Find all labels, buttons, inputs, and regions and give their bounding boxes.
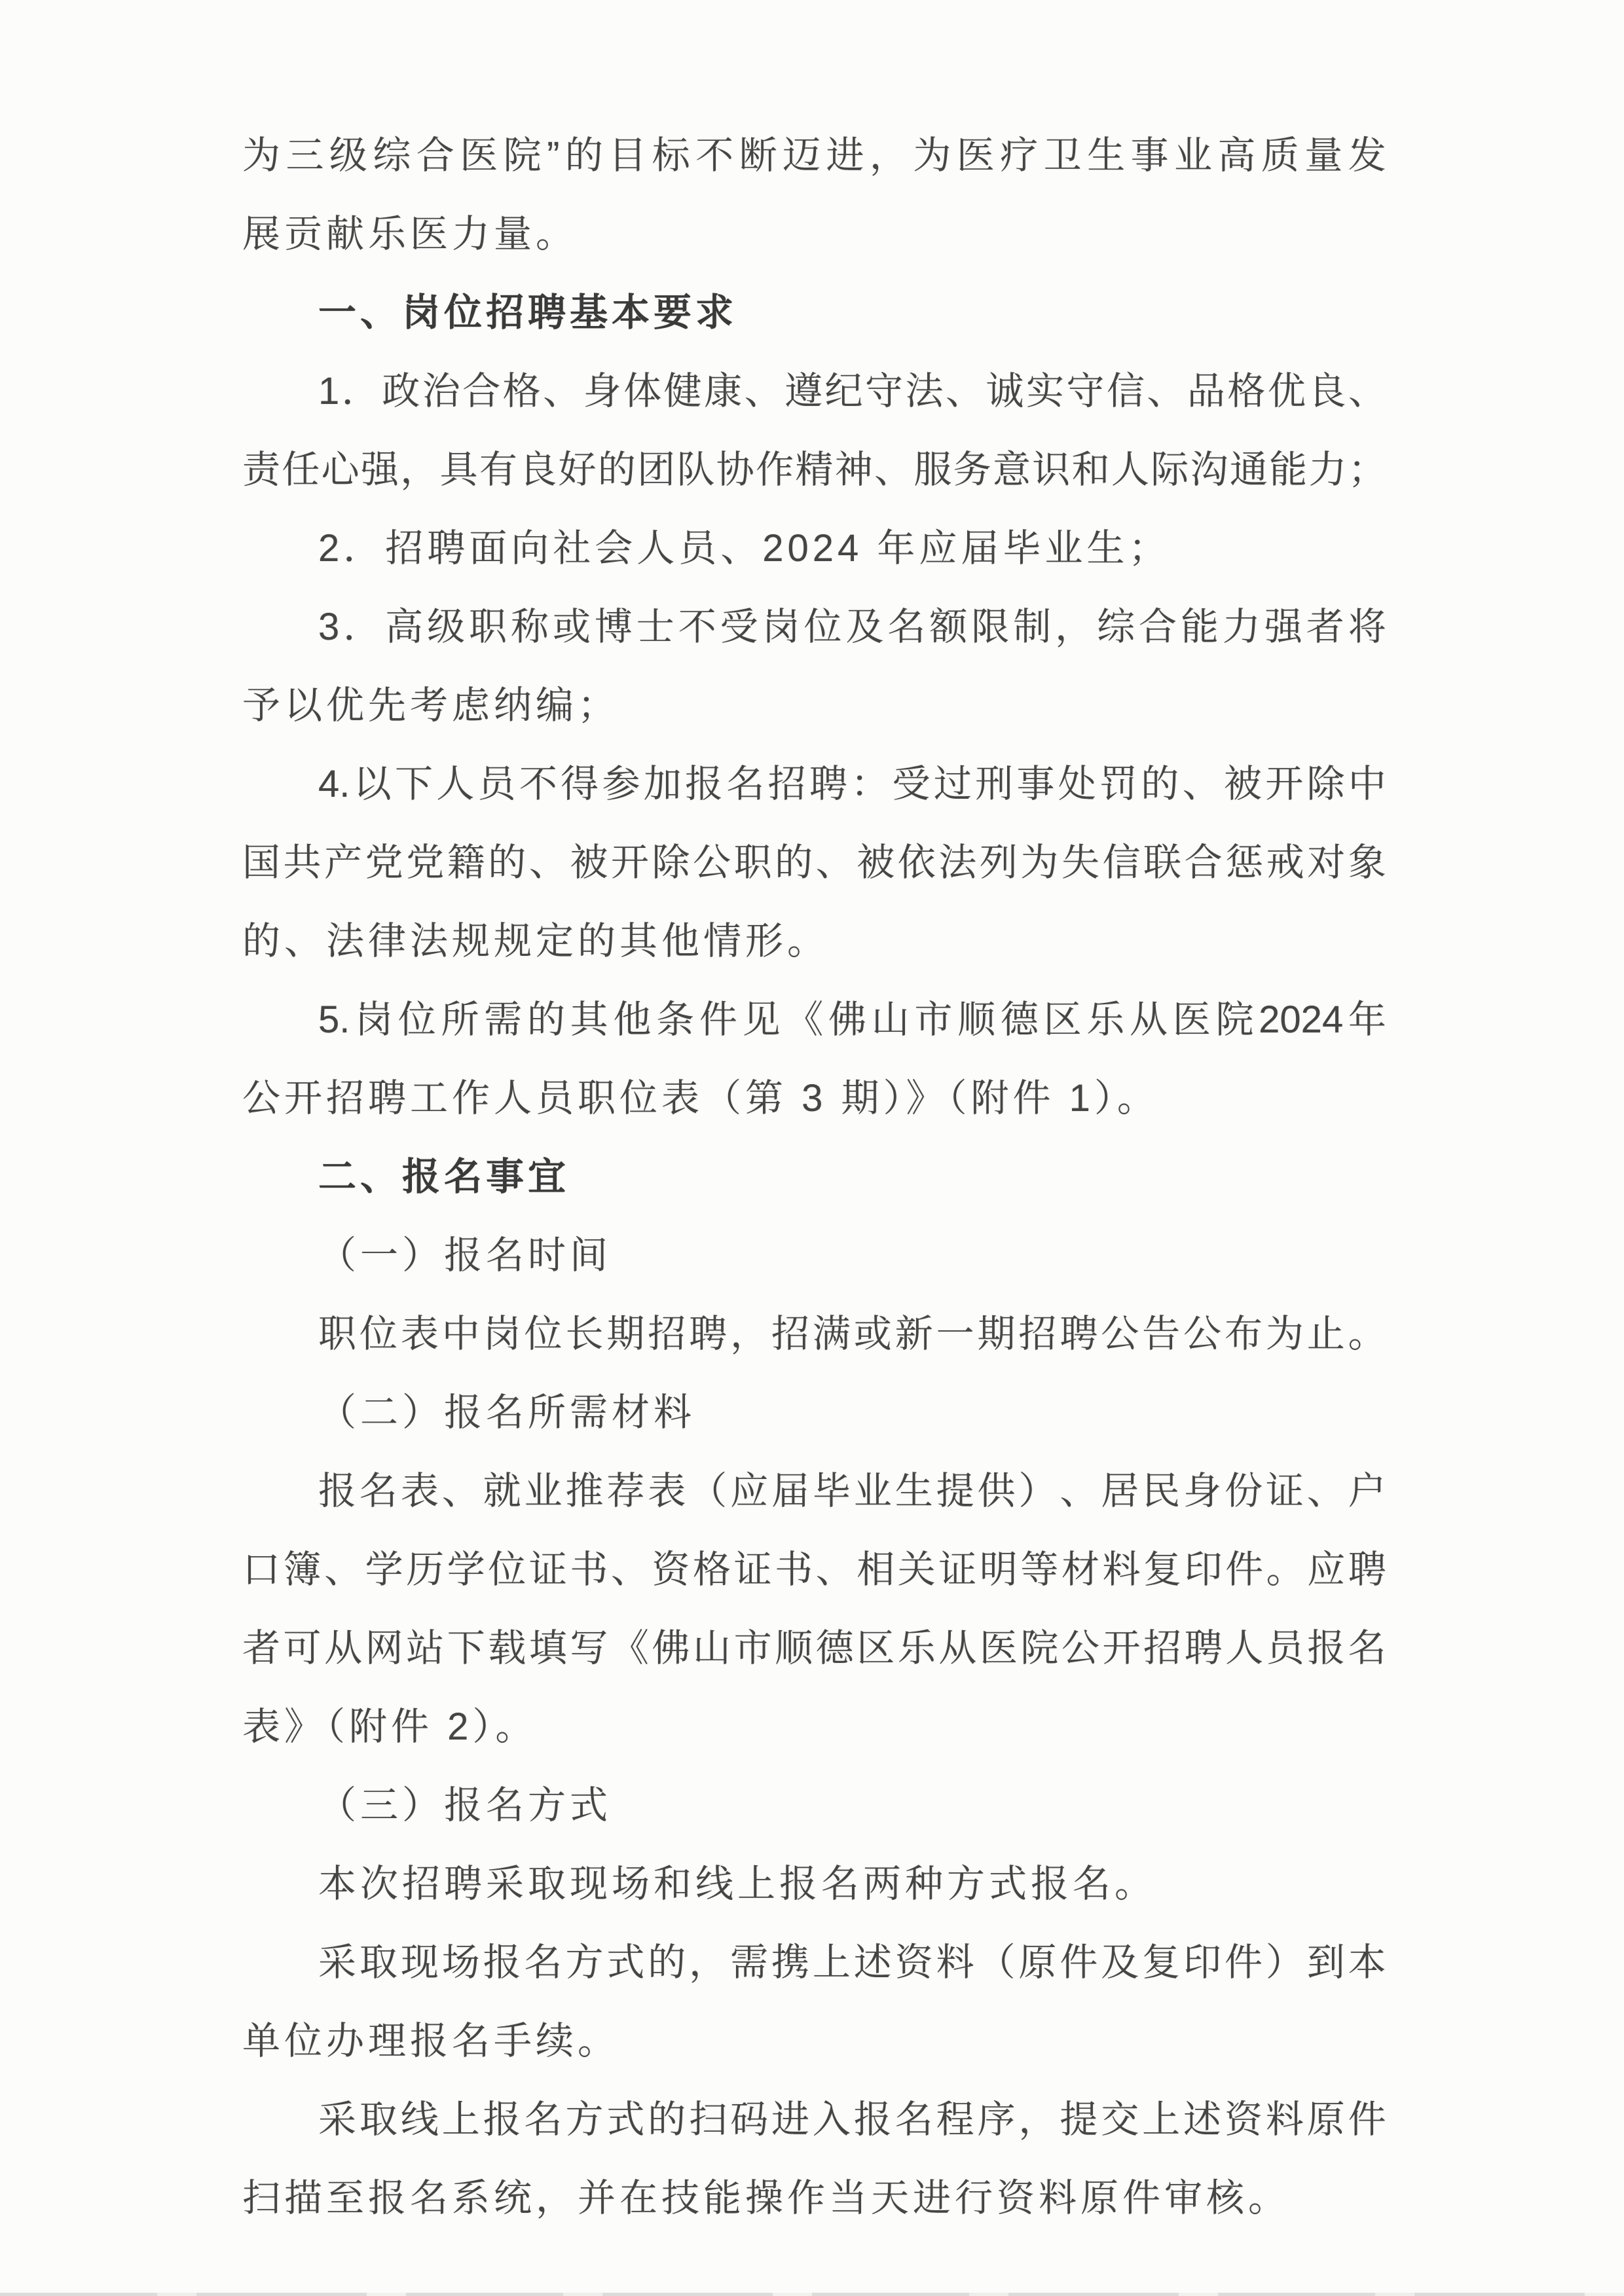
- glyph: 、: [1183, 745, 1221, 824]
- glyph: 新: [895, 1295, 933, 1374]
- glyph: 、: [529, 824, 567, 902]
- glyph: 、: [745, 352, 783, 431]
- glyph: 作: [756, 431, 794, 509]
- glyph: 的: [775, 824, 813, 902]
- glyph: 为: [1020, 824, 1058, 902]
- text-line: 单位办理报名手续。: [242, 2002, 1386, 2081]
- glyph: 实: [1026, 352, 1064, 431]
- glyph: 业: [525, 1452, 563, 1531]
- glyph: 长: [565, 1295, 603, 1374]
- glyph: 证: [938, 1531, 976, 1609]
- glyph: 名: [525, 2081, 563, 2159]
- glyph: 顺: [775, 1609, 813, 1688]
- text-line: 的、法律法规规定的其他情形。: [242, 902, 1386, 981]
- glyph: 聘: [1060, 1295, 1098, 1374]
- glyph: 合: [1185, 824, 1223, 902]
- glyph: 名: [887, 588, 925, 666]
- glyph: ，: [1055, 588, 1093, 666]
- glyph: 提: [936, 1452, 974, 1531]
- glyph: 山: [872, 981, 910, 1059]
- glyph: 区: [1044, 981, 1082, 1059]
- glyph: 证: [1266, 1452, 1304, 1531]
- glyph: 以: [354, 745, 392, 824]
- glyph: 合: [416, 117, 454, 195]
- glyph: 取: [360, 1923, 397, 2002]
- glyph: 过: [934, 745, 972, 824]
- glyph: 材: [1061, 1531, 1099, 1609]
- glyph: 件: [1225, 1923, 1263, 2002]
- glyph: 招: [648, 1295, 686, 1374]
- glyph: 招: [1018, 1295, 1056, 1374]
- glyph: 额: [929, 588, 967, 666]
- glyph: 人: [1225, 1609, 1263, 1688]
- glyph: 博: [595, 588, 633, 666]
- glyph: 具: [440, 431, 478, 509]
- glyph: 标: [652, 117, 690, 195]
- glyph: 3: [318, 588, 339, 666]
- glyph: 相: [857, 1531, 895, 1609]
- glyph: 件: [1348, 2081, 1386, 2159]
- glyph: 健: [664, 352, 702, 431]
- glyph: 医: [980, 1609, 1018, 1688]
- glyph: 明: [980, 1531, 1018, 1609]
- glyph: 任: [282, 431, 320, 509]
- text-line: 3．高级职称或博士不受岗位及名额限制，综合能力强者将: [242, 588, 1386, 666]
- glyph: 公: [1183, 1295, 1221, 1374]
- glyph: 下: [447, 1609, 485, 1688]
- glyph: 戒: [1266, 824, 1304, 902]
- glyph: 责: [242, 431, 280, 509]
- glyph: 取: [360, 2081, 397, 2159]
- glyph: 式: [606, 2081, 644, 2159]
- glyph: 院: [1215, 981, 1253, 1059]
- glyph: 院: [1020, 1609, 1058, 1688]
- glyph: ，: [400, 431, 438, 509]
- glyph: 开: [1102, 1609, 1140, 1688]
- glyph: 士: [637, 588, 674, 666]
- glyph: 进: [826, 117, 864, 195]
- glyph: 心: [322, 431, 360, 509]
- glyph: 事: [1016, 745, 1054, 824]
- glyph: 线: [401, 2081, 439, 2159]
- glyph: 原: [1307, 2081, 1345, 2159]
- glyph: 格: [1227, 352, 1265, 431]
- glyph: 表: [401, 1452, 439, 1531]
- glyph: 资: [652, 1531, 690, 1609]
- glyph: ”: [547, 117, 559, 195]
- glyph: ；: [1348, 431, 1386, 509]
- glyph: 、: [1060, 1452, 1098, 1531]
- glyph: 。: [1348, 1295, 1386, 1374]
- glyph: 携: [771, 1923, 809, 2002]
- glyph: 证: [529, 1531, 567, 1609]
- glyph: 疗: [1000, 117, 1038, 195]
- glyph: 推: [565, 1452, 603, 1531]
- glyph: 见: [743, 981, 781, 1059]
- text-line: （一）报名时间: [242, 1216, 1386, 1295]
- glyph: 级: [329, 117, 367, 195]
- glyph: 刑: [975, 745, 1013, 824]
- glyph: 受: [893, 745, 931, 824]
- glyph: 纪: [825, 352, 863, 431]
- glyph: 的: [1141, 745, 1179, 824]
- glyph: 或: [854, 1295, 892, 1374]
- glyph: 识: [1032, 431, 1070, 509]
- glyph: 填: [529, 1609, 567, 1688]
- glyph: 优: [1268, 352, 1306, 431]
- document-body: 为三级综合医院”的目标不断迈进，为医疗卫生事业高质量发展贡献乐医力量。一、岗位招…: [242, 117, 1386, 2238]
- glyph: 信: [1102, 824, 1140, 902]
- glyph: 力: [1308, 431, 1346, 509]
- glyph: 卫: [1044, 117, 1082, 195]
- glyph: 名: [525, 1923, 563, 2002]
- glyph: 开: [611, 824, 649, 902]
- glyph: 口: [242, 1531, 280, 1609]
- glyph: 参: [602, 745, 640, 824]
- glyph: 料: [936, 1923, 974, 2002]
- glyph: 对: [1307, 824, 1345, 902]
- glyph: 迈: [783, 117, 821, 195]
- glyph: 的: [488, 824, 526, 902]
- glyph: 身: [583, 352, 621, 431]
- glyph: 除: [652, 824, 690, 902]
- glyph: 从: [938, 1609, 976, 1688]
- glyph: 为: [913, 117, 951, 195]
- glyph: 报: [854, 2081, 892, 2159]
- glyph: 加: [644, 745, 682, 824]
- glyph: 、: [543, 352, 581, 431]
- glyph: 遵: [784, 352, 822, 431]
- glyph: 名: [1348, 1609, 1386, 1688]
- glyph: 印: [1183, 1923, 1221, 2002]
- glyph: 生: [1087, 117, 1125, 195]
- glyph: 场: [442, 1923, 480, 2002]
- glyph: 发: [1348, 117, 1386, 195]
- glyph: 报: [1307, 1609, 1345, 1688]
- text-line: 职位表中岗位长期招聘，招满或新一期招聘公告公布为止。: [242, 1295, 1386, 1374]
- text-line: 为三级综合医院”的目标不断迈进，为医疗卫生事业高质量发: [242, 117, 1386, 195]
- glyph: 精: [795, 431, 833, 509]
- glyph: 生: [895, 1452, 933, 1531]
- glyph: 位: [398, 981, 436, 1059]
- glyph: 不: [678, 588, 716, 666]
- glyph: 、: [442, 1452, 480, 1531]
- glyph: 诚: [986, 352, 1024, 431]
- glyph: 名: [726, 745, 764, 824]
- text-line: 予以优先考虑纳编；: [242, 666, 1386, 745]
- glyph: 聘: [689, 1295, 727, 1374]
- glyph: 式: [606, 1923, 644, 2002]
- glyph: 述: [1183, 2081, 1221, 2159]
- glyph: 、: [324, 1531, 362, 1609]
- glyph: 综: [373, 117, 411, 195]
- glyph: 德: [816, 1609, 854, 1688]
- glyph: 名: [895, 2081, 933, 2159]
- glyph: 告: [1142, 1295, 1180, 1374]
- glyph: 报: [483, 2081, 521, 2159]
- glyph: 件: [699, 981, 737, 1059]
- glyph: 上: [442, 2081, 480, 2159]
- glyph: 中: [442, 1295, 480, 1374]
- glyph: 及: [1101, 1923, 1139, 2002]
- glyph: （: [978, 1923, 1016, 2002]
- glyph: 网: [365, 1609, 403, 1688]
- glyph: 被: [570, 824, 608, 902]
- glyph: 招: [1143, 1609, 1181, 1688]
- glyph: 沟: [1190, 431, 1228, 509]
- glyph: 从: [1130, 981, 1168, 1059]
- glyph: 依: [898, 824, 936, 902]
- glyph: 所: [441, 981, 479, 1059]
- glyph: 序: [978, 2081, 1016, 2159]
- glyph: 为: [1266, 1295, 1304, 1374]
- glyph: 上: [813, 1923, 851, 2002]
- glyph: 体: [623, 352, 661, 431]
- glyph: 能: [1269, 431, 1307, 509]
- glyph: 期: [978, 1295, 1016, 1374]
- glyph: ，: [689, 1923, 727, 2002]
- glyph: 件: [1225, 1531, 1263, 1609]
- glyph: 人: [436, 745, 474, 824]
- text-line: （二）报名所需材料: [242, 1374, 1386, 1452]
- glyph: 罚: [1099, 745, 1137, 824]
- glyph: 居: [1101, 1452, 1139, 1531]
- glyph: 顺: [957, 981, 995, 1059]
- glyph: 《: [785, 981, 823, 1059]
- glyph: 合: [462, 352, 500, 431]
- text-line: 展贡献乐医力量。: [242, 195, 1386, 274]
- glyph: 区: [857, 1609, 895, 1688]
- glyph: 书: [570, 1531, 608, 1609]
- glyph: 制: [1013, 588, 1051, 666]
- glyph: 守: [1066, 352, 1104, 431]
- glyph: （: [689, 1452, 727, 1531]
- glyph: 学: [447, 1531, 485, 1609]
- scan-edge-bottom: [0, 2293, 1624, 2296]
- glyph: 的: [598, 431, 636, 509]
- glyph: 或: [553, 588, 591, 666]
- glyph: 、: [1147, 352, 1185, 431]
- glyph: 位: [525, 1295, 563, 1374]
- glyph: 为: [242, 117, 280, 195]
- glyph: 。: [1266, 1531, 1304, 1609]
- glyph: ，: [730, 1295, 768, 1374]
- glyph: 象: [1348, 824, 1386, 902]
- glyph: 、: [874, 431, 912, 509]
- glyph: 采: [318, 1923, 356, 2002]
- glyph: 供: [978, 1452, 1016, 1531]
- glyph: 上: [1142, 2081, 1180, 2159]
- text-line: 4.以下人员不得参加报名招聘：受过刑事处罚的、被开除中: [242, 745, 1386, 824]
- glyph: 站: [406, 1609, 444, 1688]
- glyph: 、: [946, 352, 984, 431]
- glyph: 他: [613, 981, 651, 1059]
- text-line: 国共产党党籍的、被开除公职的、被依法列为失信联合惩戒对象: [242, 824, 1386, 902]
- glyph: 方: [565, 2081, 603, 2159]
- glyph: 强: [361, 431, 399, 509]
- glyph: 政: [382, 352, 420, 431]
- glyph: 复: [1143, 1531, 1181, 1609]
- glyph: ）: [1018, 1452, 1056, 1531]
- glyph: 能: [1181, 588, 1219, 666]
- glyph: 公: [1061, 1609, 1099, 1688]
- glyph: 失: [1061, 824, 1099, 902]
- glyph: 《: [611, 1609, 649, 1688]
- glyph: 务: [953, 431, 991, 509]
- glyph: 者: [242, 1609, 280, 1688]
- glyph: 满: [813, 1295, 851, 1374]
- glyph: 位: [488, 1531, 526, 1609]
- glyph: 资: [895, 1923, 933, 2002]
- glyph: 书: [775, 1531, 813, 1609]
- glyph: 原: [1018, 1923, 1056, 2002]
- glyph: 好: [559, 431, 597, 509]
- glyph: 年: [1348, 981, 1386, 1059]
- glyph: 党: [365, 824, 403, 902]
- glyph: 资: [1225, 2081, 1263, 2159]
- glyph: 被: [857, 824, 895, 902]
- glyph: 身: [1183, 1452, 1221, 1531]
- glyph: 聘: [1348, 1531, 1386, 1609]
- section-heading: 一、岗位招聘基本要求: [242, 274, 1386, 352]
- glyph: 产: [324, 824, 362, 902]
- glyph: 者: [1306, 588, 1344, 666]
- glyph: 级: [427, 588, 465, 666]
- glyph: 格: [693, 1531, 731, 1609]
- text-line: 2．招聘面向社会人员、2024 年应届毕业生；: [242, 509, 1386, 588]
- glyph: 列: [980, 824, 1018, 902]
- glyph: 名: [360, 1452, 397, 1531]
- glyph: ）: [1266, 1923, 1304, 2002]
- text-line: 采取现场报名方式的，需携上述资料（原件及复印件）到本: [242, 1923, 1386, 2002]
- glyph: 可: [284, 1609, 322, 1688]
- glyph: 开: [1265, 745, 1303, 824]
- glyph: 件: [1060, 1923, 1098, 2002]
- glyph: 下: [395, 745, 433, 824]
- section-heading: 二、报名事宜: [242, 1138, 1386, 1216]
- glyph: 除: [1306, 745, 1344, 824]
- glyph: 不: [695, 117, 733, 195]
- glyph: 市: [734, 1609, 772, 1688]
- glyph: 队: [676, 431, 714, 509]
- glyph: 就: [483, 1452, 521, 1531]
- glyph: 通: [1230, 431, 1268, 509]
- glyph: ，: [870, 117, 908, 195]
- glyph: 荐: [606, 1452, 644, 1531]
- glyph: 员: [478, 745, 516, 824]
- glyph: 进: [771, 2081, 809, 2159]
- glyph: 的: [648, 1923, 686, 2002]
- glyph: 康: [704, 352, 742, 431]
- glyph: 现: [401, 1923, 439, 2002]
- glyph: 团: [637, 431, 675, 509]
- glyph: 意: [993, 431, 1031, 509]
- glyph: 码: [730, 2081, 768, 2159]
- glyph: 职: [469, 588, 507, 666]
- glyph: 医: [460, 117, 498, 195]
- text-line: 扫描至报名系统，并在技能操作当天进行资料原件审核。: [242, 2159, 1386, 2238]
- glyph: 高: [385, 588, 423, 666]
- glyph: 复: [1142, 1923, 1180, 2002]
- glyph: 良: [1308, 352, 1346, 431]
- glyph: 法: [938, 824, 976, 902]
- text-line: 责任心强，具有良好的团队协作精神、服务意识和人际沟通能力；: [242, 431, 1386, 509]
- glyph: 报: [318, 1452, 356, 1531]
- glyph: 医: [957, 117, 995, 195]
- glyph: 协: [716, 431, 754, 509]
- glyph: ．: [343, 588, 381, 666]
- glyph: 表: [401, 1295, 439, 1374]
- glyph: 综: [1097, 588, 1135, 666]
- glyph: 量: [1304, 117, 1342, 195]
- glyph: 断: [739, 117, 777, 195]
- glyph: 证: [734, 1531, 772, 1609]
- glyph: 的: [648, 2081, 686, 2159]
- glyph: 应: [1307, 1531, 1345, 1609]
- glyph: 表: [648, 1452, 686, 1531]
- text-line: （三）报名方式: [242, 1766, 1386, 1845]
- glyph: 事: [1131, 117, 1169, 195]
- glyph: 述: [854, 1923, 892, 2002]
- glyph: 神: [835, 431, 873, 509]
- glyph: 称: [511, 588, 549, 666]
- glyph: 布: [1225, 1295, 1263, 1374]
- glyph: 乐: [1086, 981, 1124, 1059]
- glyph: 2024: [1259, 981, 1343, 1059]
- glyph: 程: [936, 2081, 974, 2159]
- glyph: 佛: [828, 981, 866, 1059]
- glyph: 止: [1307, 1295, 1345, 1374]
- glyph: 共: [284, 824, 322, 902]
- glyph: 关: [898, 1531, 936, 1609]
- glyph: 治: [422, 352, 460, 431]
- glyph: 院: [504, 117, 542, 195]
- glyph: 应: [730, 1452, 768, 1531]
- glyph: 份: [1225, 1452, 1263, 1531]
- glyph: 限: [971, 588, 1009, 666]
- text-line: 者可从网站下载填写《佛山市顺德区乐从医院公开招聘人员报名: [242, 1609, 1386, 1688]
- glyph: 品: [1187, 352, 1225, 431]
- text-line: 表》（附件 2）。: [242, 1688, 1386, 1766]
- glyph: ：: [851, 745, 889, 824]
- text-line: 1．政治合格、身体健康、遵纪守法、诚实守信、品格优良、: [242, 352, 1386, 431]
- glyph: 业: [854, 1452, 892, 1531]
- glyph: 入: [813, 2081, 851, 2159]
- glyph: ．: [342, 352, 380, 431]
- glyph: 历: [406, 1531, 444, 1609]
- glyph: 得: [561, 745, 599, 824]
- glyph: 民: [1142, 1452, 1180, 1531]
- glyph: 合: [1139, 588, 1177, 666]
- glyph: 的: [527, 981, 565, 1059]
- glyph: 质: [1261, 117, 1299, 195]
- glyph: 方: [565, 1923, 603, 2002]
- glyph: 公: [1101, 1295, 1139, 1374]
- glyph: 有: [479, 431, 517, 509]
- glyph: 佛: [652, 1609, 690, 1688]
- glyph: 等: [1020, 1531, 1058, 1609]
- glyph: 本: [1348, 1923, 1386, 2002]
- glyph: 采: [318, 2081, 356, 2159]
- glyph: 将: [1348, 588, 1386, 666]
- glyph: 法: [906, 352, 944, 431]
- glyph: 岗: [483, 1295, 521, 1374]
- glyph: 际: [1151, 431, 1189, 509]
- glyph: 扫: [689, 2081, 727, 2159]
- glyph: 员: [1266, 1609, 1304, 1688]
- glyph: 一: [936, 1295, 974, 1374]
- glyph: 、: [816, 824, 854, 902]
